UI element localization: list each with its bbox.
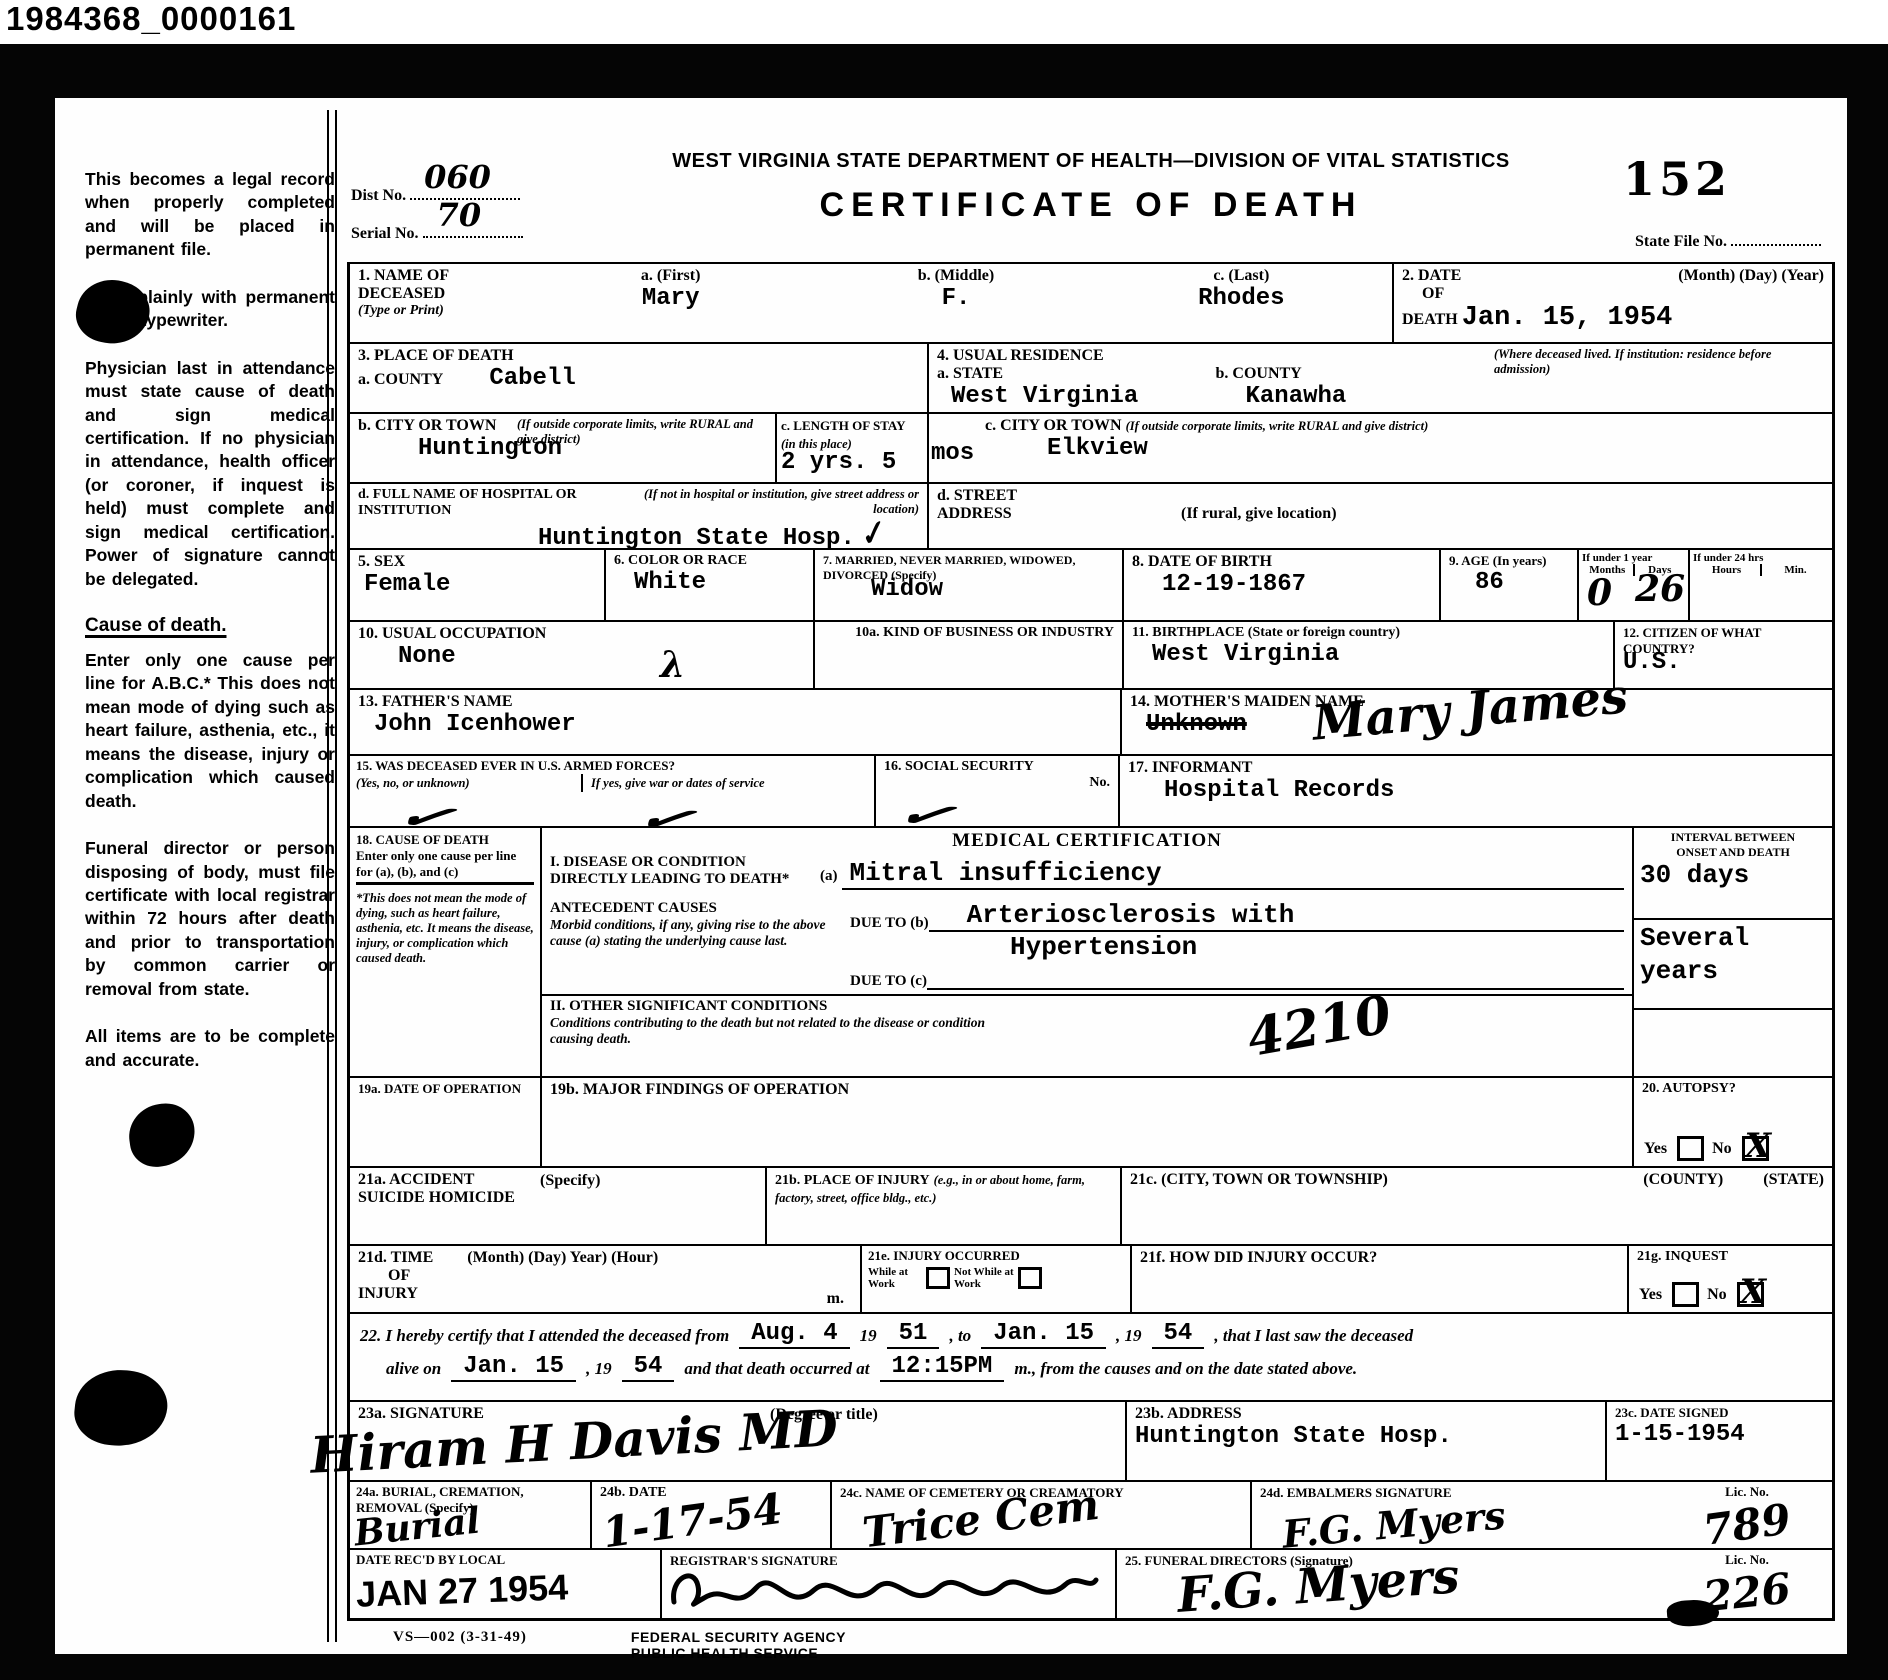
serial-no-line: 70 xyxy=(423,222,523,238)
field-autopsy: 20. AUTOPSY? Yes No X xyxy=(1632,1078,1832,1166)
operation-date-label: 19a. DATE OF OPERATION xyxy=(358,1081,532,1097)
attended-to-year: 54 xyxy=(1164,1320,1193,1347)
dob-value: 12-19-1867 xyxy=(1162,571,1431,598)
field-age: 9. AGE (In years) 86 xyxy=(1439,550,1577,620)
field-citizen: 12. CITIZEN OF WHAT COUNTRY? U.S. xyxy=(1613,622,1832,688)
field-father-name: 13. FATHER'S NAME John Icenhower xyxy=(350,690,1120,754)
occupation-value: None xyxy=(398,643,805,670)
margin-paragraph: Funeral director or person disposing of … xyxy=(85,837,335,1001)
accident-specify-note: (Specify) xyxy=(540,1172,600,1190)
form-number: VS—002 (3-31-49) xyxy=(393,1629,527,1646)
inquest-label: 21g. INQUEST xyxy=(1637,1249,1824,1265)
other-conditions-label: II. OTHER SIGNIFICANT CONDITIONS xyxy=(550,998,1624,1015)
business-label: 10a. KIND OF BUSINESS OR INDUSTRY xyxy=(823,625,1114,641)
date-of-death-value: Jan. 15, 1954 xyxy=(1462,303,1673,333)
margin-paragraph: Enter only one cause per line for A.B.C.… xyxy=(85,649,335,813)
residence-county-label: b. COUNTY xyxy=(1216,365,1302,382)
field-business: 10a. KIND OF BUSINESS OR INDUSTRY xyxy=(813,622,1122,688)
place-of-injury-label: 21b. PLACE OF INJURY xyxy=(775,1173,930,1188)
funeral-lic-value: 226 xyxy=(1701,1564,1793,1622)
state-file-line xyxy=(1731,230,1821,246)
residence-state-value: West Virginia xyxy=(951,383,1216,410)
stay-value: 2 yrs. 5 xyxy=(781,449,923,476)
handwritten-mark: λ xyxy=(660,644,685,686)
cause-instruction-2: *This does not mean the mode of dying, s… xyxy=(356,891,534,966)
field-embalmer-signature: 24d. EMBALMERS SIGNATURE F.G. Myers Lic.… xyxy=(1250,1482,1832,1548)
field-marital-status: 7. MARRIED, NEVER MARRIED, WIDOWED, DIVO… xyxy=(813,550,1122,620)
field-accident-suicide-homicide: 21a. ACCIDENT SUICIDE HOMICIDE (Specify) xyxy=(350,1168,765,1244)
interval-label-1: INTERVAL BETWEEN xyxy=(1640,830,1826,845)
name-sublabel: (Type or Print) xyxy=(358,303,528,319)
field-mother-maiden-name: 14. MOTHER'S MAIDEN NAME Unknown Mary Ja… xyxy=(1120,690,1832,754)
age-value: 86 xyxy=(1475,569,1569,596)
address-label: 23b. ADDRESS xyxy=(1135,1405,1597,1423)
ssn-no-label: No. xyxy=(884,775,1110,791)
injury-occurred-label: 21e. INJURY OCCURRED xyxy=(868,1248,1124,1264)
form-header: WEST VIRGINIA STATE DEPARTMENT OF HEALTH… xyxy=(347,112,1835,262)
not-while-at-work-label: Not While at Work xyxy=(954,1266,1014,1290)
occupation-label: 10. USUAL OCCUPATION xyxy=(358,625,805,643)
under1-months-value: 0 xyxy=(1587,572,1612,614)
field-signature-address: 23b. ADDRESS Huntington State Hosp. xyxy=(1125,1402,1605,1480)
date-of-death-cols: (Month) (Day) (Year) xyxy=(1678,267,1824,285)
inquest-no-x-mark: X xyxy=(1740,1272,1766,1312)
field-cemetery: 24c. NAME OF CEMETERY OR CREAMATORY Tric… xyxy=(830,1482,1250,1548)
date-signed-value: 1-15-1954 xyxy=(1615,1421,1824,1448)
field-pod-city: b. CITY OR TOWN (If outside corporate li… xyxy=(350,414,775,482)
major-findings-label: 19b. MAJOR FINDINGS OF OPERATION xyxy=(550,1081,1624,1099)
residence-state-label: a. STATE xyxy=(937,365,1003,382)
dob-label: 8. DATE OF BIRTH xyxy=(1132,553,1431,571)
last-name-label: c. (Last) xyxy=(1099,267,1384,285)
state-file-label: State File No. xyxy=(1635,233,1727,250)
residence-label: 4. USUAL RESIDENCE xyxy=(937,347,1104,364)
divider xyxy=(335,110,337,1642)
race-label: 6. COLOR OR RACE xyxy=(614,553,805,569)
scan-header-strip: 1984368_0000161 xyxy=(0,0,1888,44)
field-funeral-director: 25. FUNERAL DIRECTORS (Signature) F.G. M… xyxy=(1115,1550,1832,1618)
field-date-received: DATE REC'D BY LOCAL JAN 27 1954 xyxy=(350,1550,660,1618)
date-of-death-label-2: OF xyxy=(1422,285,1824,303)
field-how-injury-occurred: 21f. HOW DID INJURY OCCUR? xyxy=(1130,1246,1627,1312)
field-informant: 17. INFORMANT Hospital Records xyxy=(1118,756,1832,826)
field-date-signed: 23c. DATE SIGNED 1-15-1954 xyxy=(1605,1402,1832,1480)
under24-min-label: Min. xyxy=(1760,564,1829,576)
dist-no-field: Dist No. 060 xyxy=(351,184,520,205)
margin-instructions: This becomes a legal record when properl… xyxy=(85,168,335,1096)
ink-blot xyxy=(125,1100,199,1171)
funeral-lic-label: Lic. No. xyxy=(1672,1552,1822,1568)
attended-to-value: Jan. 15 xyxy=(993,1320,1094,1347)
street-address-note: (If rural, give location) xyxy=(1181,505,1337,522)
father-label: 13. FATHER'S NAME xyxy=(358,693,1112,711)
pod-city-label: b. CITY OR TOWN xyxy=(358,417,496,434)
other-conditions-value: 4210 xyxy=(1243,984,1396,1069)
informant-label: 17. INFORMANT xyxy=(1128,759,1824,777)
disease-a-label: (a) xyxy=(820,868,838,890)
field-place-of-injury: 21b. PLACE OF INJURY (e.g., in or about … xyxy=(765,1168,1120,1244)
father-value: John Icenhower xyxy=(374,711,1112,738)
certify-text-3: , that I last saw the deceased xyxy=(1214,1326,1413,1345)
certify-year-prefix-2: , 19 xyxy=(1116,1326,1142,1345)
field-date-of-birth: 8. DATE OF BIRTH 12-19-1867 xyxy=(1122,550,1439,620)
citizen-value: U.S. xyxy=(1623,649,1824,676)
hospital-note: (If not in hospital or institution, give… xyxy=(619,487,919,517)
certificate-form: WEST VIRGINIA STATE DEPARTMENT OF HEALTH… xyxy=(347,112,1835,1661)
date-of-death-label-3: DEATH xyxy=(1402,311,1458,328)
interval-label-2: ONSET AND DEATH xyxy=(1640,845,1826,860)
armed-forces-note-2: If yes, give war or dates of service xyxy=(591,776,765,790)
disease-label-1: I. DISEASE OR CONDITION xyxy=(550,854,820,871)
inquest-no-label: No xyxy=(1707,1286,1727,1304)
field-inquest: 21g. INQUEST Yes No X xyxy=(1627,1246,1832,1312)
residence-county-value: Kanawha xyxy=(1246,383,1495,410)
field-physician-signature: 23a. SIGNATURE (Degree or title) Hiram H… xyxy=(350,1402,1125,1480)
stay-unit: mos xyxy=(931,440,974,467)
certify-text-5: and that death occurred at xyxy=(684,1359,869,1378)
disease-label-2: DIRECTLY LEADING TO DEATH* xyxy=(550,871,820,888)
while-at-work-label: While at Work xyxy=(868,1266,922,1290)
field-certify-statement: 22. I hereby certify that I attended the… xyxy=(350,1314,1832,1400)
serial-no-value: 70 xyxy=(437,196,482,234)
state-file-field: State File No. xyxy=(1635,230,1821,251)
autopsy-no-x-mark: X xyxy=(1745,1126,1771,1166)
inquest-yes-label: Yes xyxy=(1639,1286,1662,1304)
field-occupation: 10. USUAL OCCUPATION None λ xyxy=(350,622,813,688)
birthplace-label: 11. BIRTHPLACE (State or foreign country… xyxy=(1132,625,1605,641)
field-name-of-deceased: 1. NAME OF DECEASED (Type or Print) a. (… xyxy=(350,264,1392,342)
autopsy-label: 20. AUTOPSY? xyxy=(1642,1081,1824,1097)
under1-label: If under 1 year xyxy=(1582,552,1685,564)
state-file-number: 152 xyxy=(1623,152,1731,206)
field-registrar-signature: REGISTRAR'S SIGNATURE xyxy=(660,1550,1115,1618)
residence-city-note: (If outside corporate limits, write RURA… xyxy=(1126,419,1429,433)
field-place-of-death: 3. PLACE OF DEATH a. COUNTY Cabell xyxy=(350,344,927,412)
autopsy-yes-label: Yes xyxy=(1644,1140,1667,1158)
embalmer-lic-value: 789 xyxy=(1700,1494,1794,1555)
time-of-injury-label-3: INJURY xyxy=(358,1285,418,1302)
form-table: 1. NAME OF DECEASED (Type or Print) a. (… xyxy=(347,262,1835,1621)
mother-struck-value: Unknown xyxy=(1146,711,1247,738)
field-length-of-stay: c. LENGTH OF STAY (in this place) 2 yrs.… xyxy=(775,414,927,482)
medical-certification: MEDICAL CERTIFICATION I. DISEASE OR COND… xyxy=(540,828,1632,1076)
cause-of-death-instructions: 18. CAUSE OF DEATH Enter only one cause … xyxy=(350,828,540,1076)
due-to-c-label: DUE TO (c) xyxy=(850,973,927,990)
pod-county-value: Cabell xyxy=(489,365,575,392)
hospital-label: d. FULL NAME OF HOSPITAL OR INSTITUTION xyxy=(358,487,578,519)
field-date-of-operation: 19a. DATE OF OPERATION xyxy=(350,1078,540,1166)
date-of-death-label-1: 2. DATE xyxy=(1402,267,1461,284)
interval-value-1: 30 days xyxy=(1640,860,1826,890)
margin-heading: Cause of death. xyxy=(85,615,335,637)
field-social-security: 16. SOCIAL SECURITY No. ✓ xyxy=(874,756,1118,826)
inquest-yes-checkbox xyxy=(1672,1282,1699,1307)
field-usual-residence: 4. USUAL RESIDENCE (Where deceased lived… xyxy=(927,344,1832,412)
cause-instruction-1: Enter only one cause per line for (a), (… xyxy=(356,848,534,885)
last-seen-year: 54 xyxy=(634,1353,663,1380)
first-name-value: Mary xyxy=(528,285,813,312)
race-value: White xyxy=(634,569,805,596)
middle-name-value: F. xyxy=(813,285,1098,312)
under24-hours-label: Hours xyxy=(1693,564,1760,576)
under1-days-value: 26 xyxy=(1635,568,1685,610)
marital-value: Widow xyxy=(871,576,943,603)
serial-no-label: Serial No. xyxy=(351,225,419,242)
agency-line-2: PUBLIC HEALTH SERVICE xyxy=(631,1645,846,1661)
certificate-title: CERTIFICATE OF DEATH xyxy=(347,186,1835,225)
stay-label: c. LENGTH OF STAY xyxy=(781,418,905,433)
margin-paragraph: Write plainly with permanent ink or type… xyxy=(85,286,335,333)
attended-from-value: Aug. 4 xyxy=(751,1320,837,1347)
last-name-value: Rhodes xyxy=(1099,285,1384,312)
while-at-work-checkbox xyxy=(926,1267,950,1289)
birthplace-value: West Virginia xyxy=(1152,641,1605,668)
attended-from-year: 51 xyxy=(899,1320,928,1347)
field-injury-city: 21c. (CITY, TOWN OR TOWNSHIP) (STATE) (C… xyxy=(1120,1168,1832,1244)
injury-county-label: (COUNTY) xyxy=(1643,1171,1723,1189)
sex-value: Female xyxy=(364,571,596,598)
autopsy-no-label: No xyxy=(1712,1140,1732,1158)
informant-value: Hospital Records xyxy=(1164,777,1824,804)
certify-text-6: m., from the causes and on the date stat… xyxy=(1014,1359,1357,1378)
field-burial: 24a. BURIAL, CREMATION, REMOVAL (Specify… xyxy=(350,1482,590,1548)
sex-label: 5. SEX xyxy=(358,553,596,571)
not-while-at-work-checkbox xyxy=(1018,1267,1042,1289)
pod-county-label: a. COUNTY xyxy=(358,371,443,388)
antecedent-label: ANTECEDENT CAUSES xyxy=(550,900,850,917)
date-received-stamp: JAN 27 1954 xyxy=(355,1566,568,1615)
marital-label: 7. MARRIED, NEVER MARRIED, WIDOWED, DIVO… xyxy=(823,553,1114,583)
residence-city-label: c. CITY OR TOWN xyxy=(985,417,1122,434)
agency-line-1: FEDERAL SECURITY AGENCY xyxy=(631,1629,846,1645)
medical-certification-title: MEDICAL CERTIFICATION xyxy=(542,828,1632,852)
due-to-b-label: DUE TO (b) xyxy=(850,915,929,932)
certify-year-prefix-3: , 19 xyxy=(586,1359,612,1378)
first-name-label: a. (First) xyxy=(528,267,813,285)
middle-name-label: b. (Middle) xyxy=(813,267,1098,285)
residence-note: (Where deceased lived. If institution: r… xyxy=(1494,347,1824,377)
antecedent-note: Morbid conditions, if any, giving rise t… xyxy=(550,917,850,949)
injury-city-label: 21c. (CITY, TOWN OR TOWNSHIP) xyxy=(1130,1171,1388,1188)
certify-text-1: 22. I hereby certify that I attended the… xyxy=(360,1326,729,1345)
field-street-address: d. STREET ADDRESS (If rural, give locati… xyxy=(927,484,1832,548)
cause-of-death-label: 18. CAUSE OF DEATH xyxy=(356,832,534,848)
place-of-death-label: 3. PLACE OF DEATH xyxy=(358,347,919,365)
department-title: WEST VIRGINIA STATE DEPARTMENT OF HEALTH… xyxy=(347,150,1835,173)
field-burial-date: 24b. DATE 1-17-54 xyxy=(590,1482,830,1548)
embalmer-lic-label: Lic. No. xyxy=(1672,1484,1822,1500)
age-label: 9. AGE (In years) xyxy=(1449,553,1569,569)
field-age-under-1-year: If under 1 year Months Days 0 26 xyxy=(1577,550,1688,620)
interval-value-2: Several years xyxy=(1640,922,1826,987)
due-to-b-value-2: Hypertension xyxy=(1010,932,1197,962)
margin-paragraph: Physician last in attendance must state … xyxy=(85,357,335,591)
residence-city-value: Elkview xyxy=(1047,435,1824,462)
due-to-b-value-1: Arteriosclerosis with xyxy=(967,900,1295,930)
time-of-injury-m: m. xyxy=(827,1290,844,1308)
last-seen-value: Jan. 15 xyxy=(463,1353,564,1380)
autopsy-yes-checkbox xyxy=(1677,1136,1704,1161)
death-time-value: 12:15PM xyxy=(892,1353,993,1380)
how-injury-label: 21f. HOW DID INJURY OCCUR? xyxy=(1140,1249,1377,1266)
other-conditions-note: Conditions contributing to the death but… xyxy=(550,1015,1030,1047)
serial-no-field: Serial No. 70 xyxy=(351,222,523,243)
date-received-label: DATE REC'D BY LOCAL xyxy=(356,1552,654,1568)
hospital-value: Huntington State Hosp. xyxy=(538,525,855,552)
time-of-injury-cols: (Month) (Day) Year) (Hour) xyxy=(467,1249,658,1266)
field-date-of-death: 2. DATE (Month) (Day) (Year) OF DEATH Ja… xyxy=(1392,264,1832,342)
field-armed-forces: 15. WAS DECEASED EVER IN U.S. ARMED FORC… xyxy=(350,756,874,826)
embalmer-signature-value: F.G. Myers xyxy=(1280,1492,1507,1556)
date-signed-label: 23c. DATE SIGNED xyxy=(1615,1405,1824,1421)
certify-text-4: alive on xyxy=(386,1359,441,1378)
field-injury-occurred: 21e. INJURY OCCURRED While at Work Not W… xyxy=(860,1246,1130,1312)
field-hospital: d. FULL NAME OF HOSPITAL OR INSTITUTION … xyxy=(350,484,927,548)
under24-label: If under 24 hrs xyxy=(1693,552,1829,564)
field-time-of-injury: 21d. TIME (Month) (Day) Year) (Hour) OF … xyxy=(350,1246,860,1312)
time-of-injury-label-1: 21d. TIME xyxy=(358,1249,433,1266)
address-value: Huntington State Hosp. xyxy=(1135,1423,1597,1450)
armed-forces-note-1: (Yes, no, or unknown) xyxy=(356,776,470,790)
margin-paragraph: This becomes a legal record when properl… xyxy=(85,168,335,262)
disease-value: Mitral insufficiency xyxy=(850,858,1162,888)
name-label: 1. NAME OF DECEASED xyxy=(358,267,449,302)
field-residence-city: mos c. CITY OR TOWN (If outside corporat… xyxy=(927,414,1832,482)
field-sex: 5. SEX Female xyxy=(350,550,604,620)
ssn-label: 16. SOCIAL SECURITY xyxy=(884,759,1110,775)
field-major-findings: 19b. MAJOR FINDINGS OF OPERATION xyxy=(540,1078,1632,1166)
field-race: 6. COLOR OR RACE White xyxy=(604,550,813,620)
ink-blot xyxy=(71,1365,170,1450)
time-of-injury-label-2: OF xyxy=(388,1267,852,1285)
dist-no-label: Dist No. xyxy=(351,187,406,204)
field-age-under-24-hrs: If under 24 hrs Hours Min. xyxy=(1688,550,1832,620)
certificate-paper: This becomes a legal record when properl… xyxy=(55,98,1847,1654)
certify-text-2: , to xyxy=(949,1326,971,1345)
registrar-signature xyxy=(668,1564,1098,1616)
certify-year-prefix-1: 19 xyxy=(860,1326,877,1345)
street-address-label: d. STREET ADDRESS xyxy=(937,487,1087,523)
margin-paragraph: All items are to be complete and accurat… xyxy=(85,1025,335,1072)
interval-column: INTERVAL BETWEEN ONSET AND DEATH 30 days… xyxy=(1632,828,1832,1076)
agency-block: FEDERAL SECURITY AGENCY PUBLIC HEALTH SE… xyxy=(631,1629,846,1661)
armed-forces-label: 15. WAS DECEASED EVER IN U.S. ARMED FORC… xyxy=(356,758,868,774)
accident-label: 21a. ACCIDENT SUICIDE HOMICIDE xyxy=(358,1171,528,1207)
scan-id: 1984368_0000161 xyxy=(6,0,1888,38)
injury-state-label: (STATE) xyxy=(1763,1171,1824,1189)
form-footer: VS—002 (3-31-49) FEDERAL SECURITY AGENCY… xyxy=(347,1621,1835,1661)
dist-no-value: 060 xyxy=(424,158,491,196)
